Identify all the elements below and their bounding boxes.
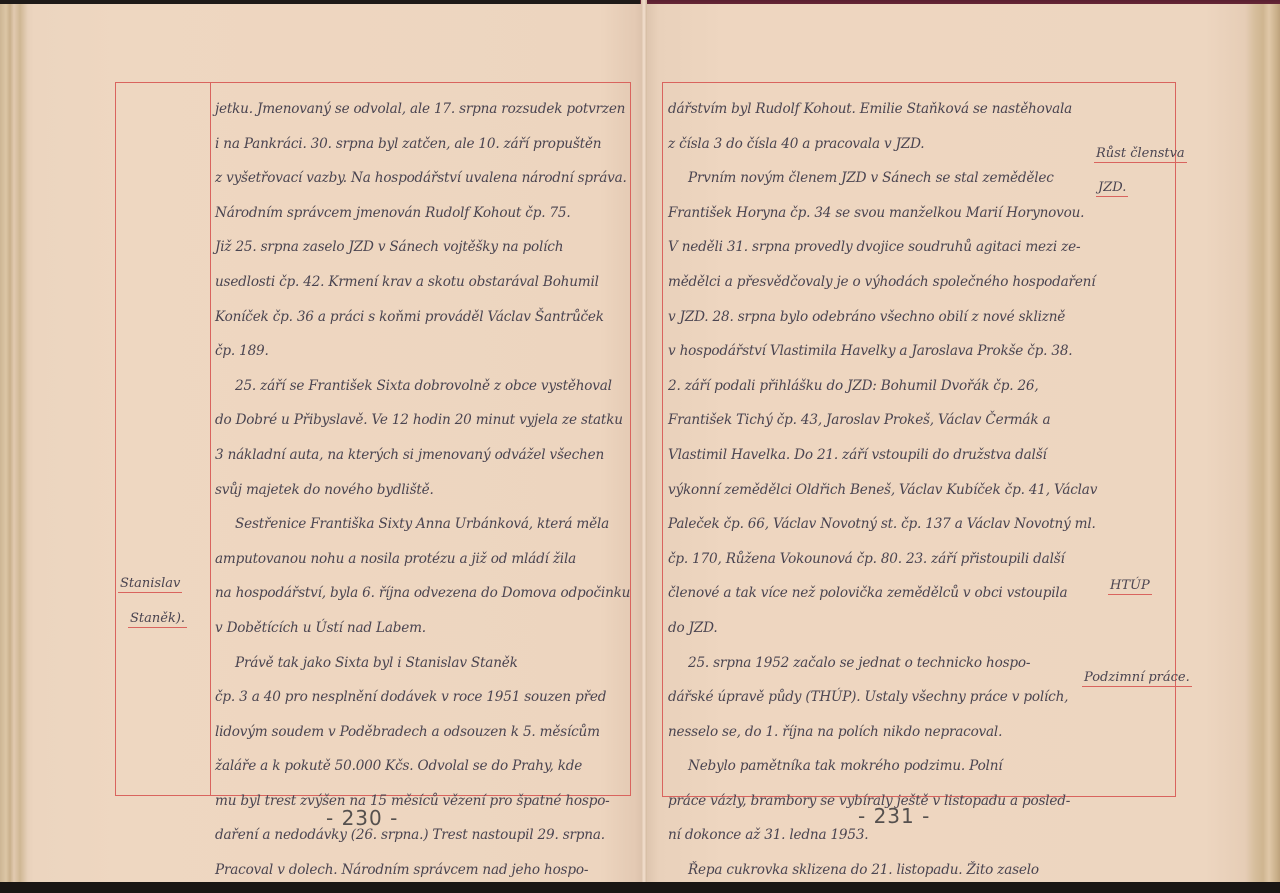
margin-note: Staněk). (128, 611, 187, 628)
text-line: 25. září se František Sixta dobrovolně z… (215, 369, 635, 404)
text-line: František Horyna čp. 34 se svou manželko… (668, 196, 1088, 231)
text-line: členové a tak více než polovička zeměděl… (668, 576, 1088, 611)
text-line: 2. září podali přihlášku do JZD: Bohumil… (668, 369, 1088, 404)
text-line: žaláře a k pokutě 50.000 Kčs. Odvolal se… (215, 749, 635, 784)
page-number-right: - 231 - (858, 804, 930, 828)
text-line: mědělci a přesvědčovaly je o výhodách sp… (668, 265, 1088, 300)
text-line: do Dobré u Přibyslavě. Ve 12 hodin 20 mi… (215, 403, 635, 438)
text-line: 25. srpna 1952 začalo se jednat o techni… (668, 646, 1088, 681)
text-line: usedlosti čp. 42. Krmení krav a skotu ob… (215, 265, 635, 300)
text-line: jetku. Jmenovaný se odvolal, ale 17. srp… (215, 92, 635, 127)
text-line: svůj majetek do nového bydliště. (215, 473, 635, 508)
text-line: i na Pankráci. 30. srpna byl zatčen, ale… (215, 127, 635, 162)
text-line: František Tichý čp. 43, Jaroslav Prokeš,… (668, 403, 1088, 438)
text-line: Národním správcem jmenován Rudolf Kohout… (215, 196, 635, 231)
margin-note: Růst členstva (1094, 146, 1187, 163)
text-line: Paleček čp. 66, Václav Novotný st. čp. 1… (668, 507, 1088, 542)
text-line: Prvním novým členem JZD v Sánech se stal… (668, 161, 1088, 196)
text-line: čp. 189. (215, 334, 635, 369)
text-line: v hospodářství Vlastimila Havelky a Jaro… (668, 334, 1088, 369)
text-line: daření a nedodávky (26. srpna.) Trest na… (215, 818, 635, 853)
text-line: 3 nákladní auta, na kterých si jmenovaný… (215, 438, 635, 473)
right-page-text: dářstvím byl Rudolf Kohout. Emilie Staňk… (668, 92, 1088, 888)
text-line: lidovým soudem v Poděbradech a odsouzen … (215, 715, 635, 750)
text-line: dářské úpravě půdy (THÚP). Ustaly všechn… (668, 680, 1088, 715)
text-line: Právě tak jako Sixta byl i Stanislav Sta… (215, 646, 635, 681)
text-line: Již 25. srpna zaselo JZD v Sánech vojtěš… (215, 230, 635, 265)
text-line: na hospodářství, byla 6. října odvezena … (215, 576, 635, 611)
margin-note: Podzimní práce. (1082, 670, 1192, 687)
text-line: Vlastimil Havelka. Do 21. září vstoupili… (668, 438, 1088, 473)
text-line: do JZD. (668, 611, 1088, 646)
text-line: výkonní zemědělci Oldřich Beneš, Václav … (668, 473, 1088, 508)
left-margin-rule (210, 82, 211, 796)
margin-note: HTÚP (1108, 578, 1152, 595)
left-page-text: jetku. Jmenovaný se odvolal, ale 17. srp… (215, 92, 635, 888)
margin-note: Stanislav (118, 576, 182, 593)
text-line: dářstvím byl Rudolf Kohout. Emilie Staňk… (668, 92, 1088, 127)
text-line: nesselo se, do 1. října na polích nikdo … (668, 715, 1088, 750)
page-number-left: - 230 - (326, 806, 398, 830)
text-line: čp. 3 a 40 pro nesplnění dodávek v roce … (215, 680, 635, 715)
margin-note: JZD. (1096, 180, 1128, 197)
text-line: čp. 170, Růžena Vokounová čp. 80. 23. zá… (668, 542, 1088, 577)
text-line: amputovanou nohu a nosila protézu a již … (215, 542, 635, 577)
text-line: v JZD. 28. srpna bylo odebráno všechno o… (668, 300, 1088, 335)
book-spread: jetku. Jmenovaný se odvolal, ale 17. srp… (0, 0, 1280, 893)
text-line: z čísla 3 do čísla 40 a pracovala v JZD. (668, 127, 1088, 162)
text-line: Koníček čp. 36 a práci s koňmi prováděl … (215, 300, 635, 335)
text-line: v Dobětících u Ústí nad Labem. (215, 611, 635, 646)
table-surface (0, 882, 1280, 893)
text-line: Nebylo pamětníka tak mokrého podzimu. Po… (668, 749, 1088, 784)
text-line: mu byl trest zvýšen na 15 měsíců vězení … (215, 784, 635, 819)
text-line: Sestřenice Františka Sixty Anna Urbánkov… (215, 507, 635, 542)
book-gutter (641, 0, 647, 893)
text-line: z vyšetřovací vazby. Na hospodářství uva… (215, 161, 635, 196)
text-line: V neděli 31. srpna provedly dvojice soud… (668, 230, 1088, 265)
